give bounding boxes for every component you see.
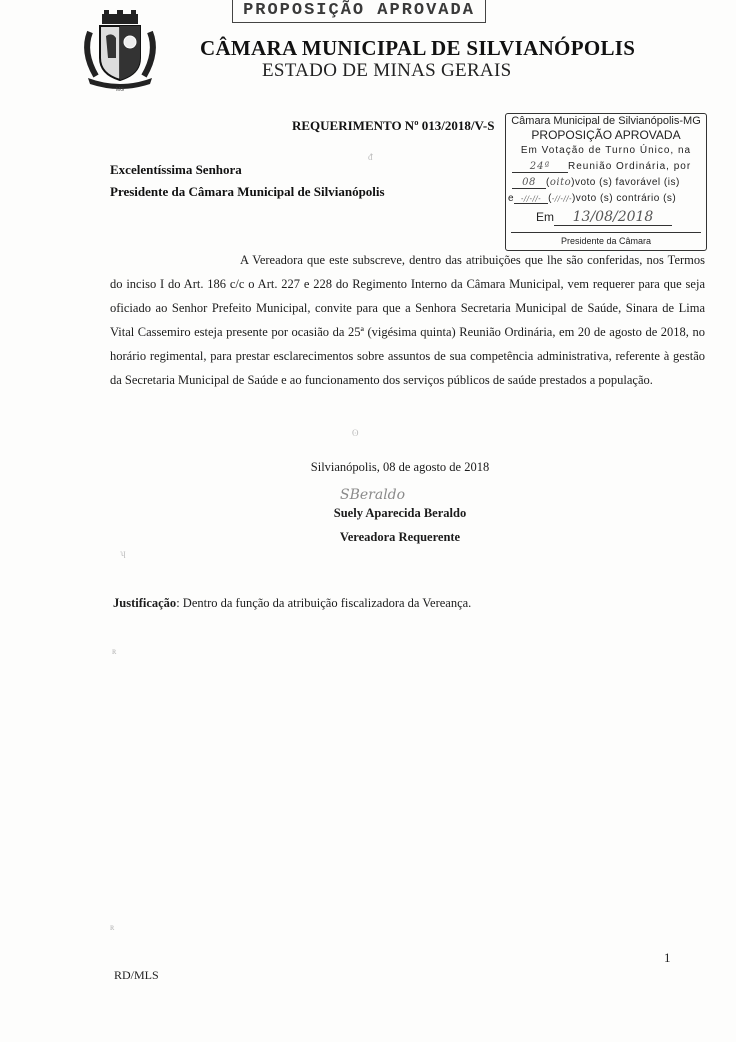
addressee-salutation: Excelentíssima Senhora: [110, 162, 242, 178]
signer-role: Vereadora Requerente: [200, 530, 600, 545]
page-number: 1: [664, 950, 671, 966]
request-body: A Vereadora que este subscreve, dentro d…: [110, 248, 705, 392]
justification: Justificação: Dentro da função da atribu…: [113, 596, 471, 611]
stamp-against-number: -//-//-: [514, 195, 548, 204]
stamp-against-line: e-//-//-(-//-//-)voto (s) contrário (s): [506, 193, 708, 204]
document-code: RD/MLS: [114, 968, 159, 983]
stamp-vote-line: Em Votação de Turno Único, na: [506, 145, 706, 156]
state-subtitle: ESTADO DE MINAS GERAIS: [262, 60, 511, 82]
chamber-title: CÂMARA MUNICIPAL DE SILVIANÓPOLIS: [200, 36, 635, 61]
signer-name: Suely Aparecida Beraldo: [200, 506, 600, 521]
request-paragraph: A Vereadora que este subscreve, dentro d…: [110, 248, 705, 392]
approved-stamp-top: PROPOSIÇÃO APROVADA: [232, 0, 486, 23]
stamp-chamber-name: Câmara Municipal de Silvianópolis-MG: [506, 115, 706, 127]
stamp-date-line: Em13/08/2018: [506, 209, 736, 226]
handwritten-signature: SBeraldo: [340, 487, 405, 503]
stamp-signature-label: Presidente da Câmara: [506, 236, 706, 246]
stamp-against-words: -//-//-: [552, 195, 572, 203]
justification-text: : Dentro da função da atribuição fiscali…: [176, 596, 471, 610]
stamp-favor-number: 08: [512, 177, 546, 189]
place-date: Silvianópolis, 08 de agosto de 2018: [200, 460, 600, 475]
stamp-date: 13/08/2018: [554, 209, 672, 226]
stamp-favor-line: 08(oito)voto (s) favorável (is): [506, 177, 712, 189]
stamp-session-number: 24ª: [512, 161, 568, 173]
stamp-session-line: 24ªReunião Ordinária, por: [506, 161, 712, 173]
addressee-title: Presidente da Câmara Municipal de Silvia…: [110, 184, 385, 200]
stamp-approved-title: PROPOSIÇÃO APROVADA: [506, 128, 706, 142]
svg-text:MG: MG: [116, 87, 124, 92]
stamp-favor-words: oito: [550, 177, 571, 188]
municipal-coat-of-arms-icon: MG: [72, 10, 168, 92]
justification-label: Justificação: [113, 596, 176, 610]
requerimento-number: REQUERIMENTO Nº 013/2018/V-S: [292, 118, 494, 134]
approval-stamp-box: Câmara Municipal de Silvianópolis-MG PRO…: [505, 113, 707, 251]
